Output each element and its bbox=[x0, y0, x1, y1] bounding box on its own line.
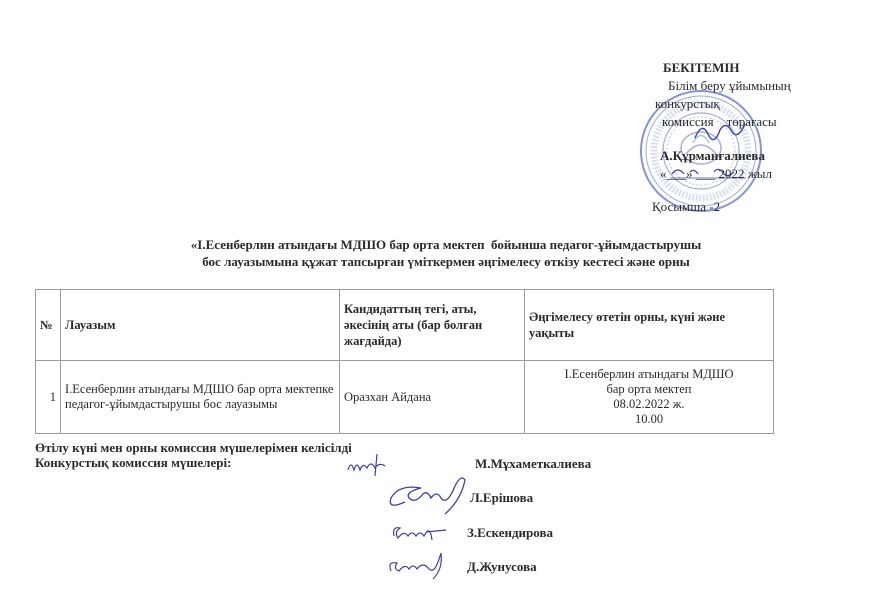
row-candidate: Оразхан Айдана bbox=[340, 361, 525, 434]
document-title: «І.Есенберлин атындағы МДШО бар орта мек… bbox=[0, 236, 892, 270]
table-row: 1 І.Есенберлин атындағы МДШО бар орта ме… bbox=[36, 361, 774, 434]
row-place-date-time: І.Есенберлин атындағы МДШО бар орта мект… bbox=[525, 361, 774, 434]
document-title-line-2: бос лауазымына құжат тапсырған үміткерме… bbox=[0, 253, 892, 270]
member-3-signature-icon bbox=[390, 520, 450, 544]
member-2-signature-icon bbox=[385, 472, 470, 517]
approval-title: БЕКІТЕМІН bbox=[663, 60, 740, 76]
approval-date: «___» ___ 2022 жыл bbox=[660, 166, 772, 182]
commission-member: Л.Ерішова bbox=[470, 490, 533, 506]
header-place-date-time: Әңгімелесу өтетін орны, күні және уақыты bbox=[525, 290, 774, 361]
header-candidate: Кандидаттың тегі, аты, әкесінің аты (бар… bbox=[340, 290, 525, 361]
place-line-1: І.Есенберлин атындағы МДШО bbox=[529, 367, 769, 382]
row-number: 1 bbox=[36, 361, 61, 434]
commission-member: Д.Жунусова bbox=[467, 559, 537, 575]
header-position: Лауазым bbox=[61, 290, 340, 361]
interview-date: 08.02.2022 ж. bbox=[529, 397, 769, 412]
agreement-note: Өтілу күні мен орны комиссия мүшелерімен… bbox=[35, 440, 352, 456]
header-number: № bbox=[36, 290, 61, 361]
commission-member: З.Ескендирова bbox=[467, 525, 553, 541]
table-header-row: № Лауазым Кандидаттың тегі, аты, әкесіні… bbox=[36, 290, 774, 361]
interview-time: 10.00 bbox=[529, 412, 769, 427]
commission-member: М.Мұхаметкалиева bbox=[475, 456, 591, 472]
document-title-line-1: «І.Есенберлин атындағы МДШО бар орта мек… bbox=[0, 236, 892, 253]
member-1-signature-icon bbox=[345, 450, 390, 478]
approval-chair-line: комиссия төрағасы bbox=[662, 114, 777, 130]
place-line-2: бар орта мектеп bbox=[529, 382, 769, 397]
chair-name: А.Құрманғалиева bbox=[660, 148, 765, 164]
interview-schedule-table: № Лауазым Кандидаттың тегі, аты, әкесіні… bbox=[35, 289, 774, 434]
commission-members-label: Конкурстық комиссия мүшелері: bbox=[35, 455, 231, 471]
approval-competition-line: конкурстық bbox=[655, 96, 720, 112]
member-4-signature-icon bbox=[385, 549, 455, 581]
row-position: І.Есенберлин атындағы МДШО бар орта мект… bbox=[61, 361, 340, 434]
annex-label: Қосымша -2 bbox=[652, 199, 720, 215]
approval-org-line: Білім беру ұйымының bbox=[668, 78, 791, 94]
